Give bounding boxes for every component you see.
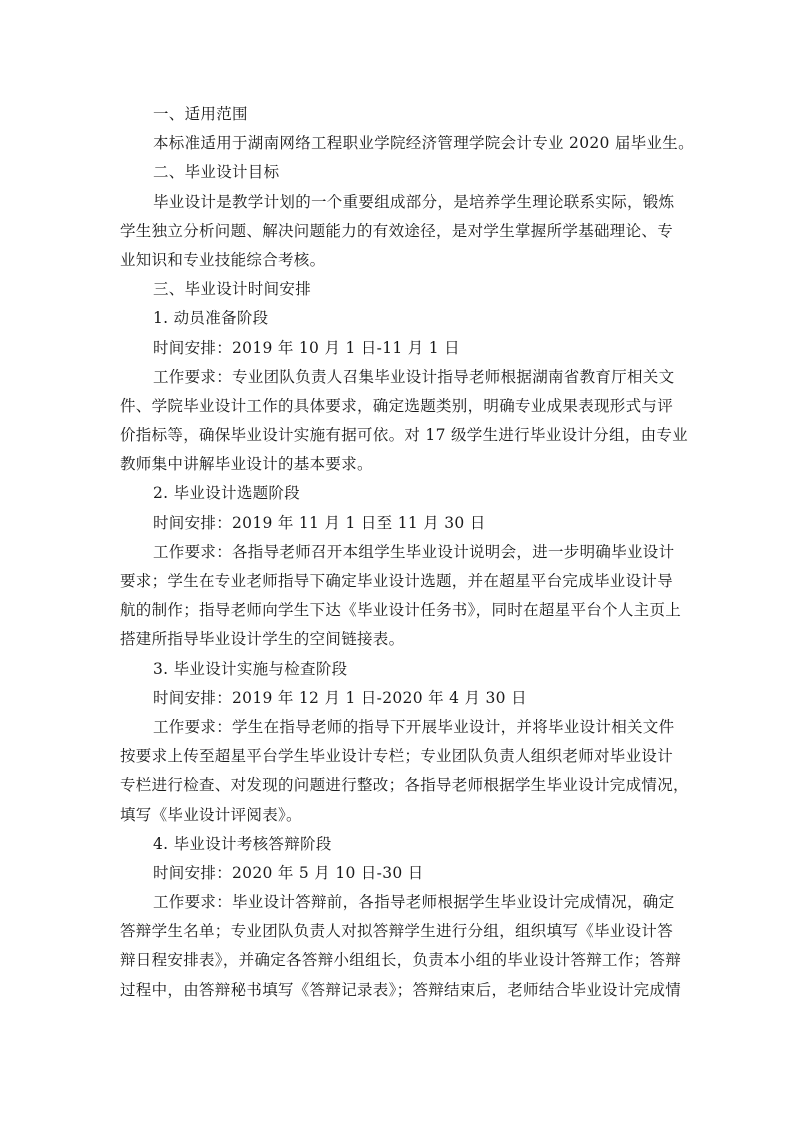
stage-requirement: 工作要求：学生在指导老师的指导下开展毕业设计，并将毕业设计相关文件 按要求上传至… (120, 713, 673, 830)
requirement-line: 过程中，由答辩秘书填写《答辩记录表》；答辩结束后，老师结合毕业设计完成情 (120, 976, 673, 1005)
stage-time: 时间安排：2019 年 10 月 1 日-11 月 1 日 (120, 334, 673, 363)
requirement-line: 工作要求：专业团队负责人召集毕业设计指导老师根据湖南省教育厅相关文 (120, 363, 673, 392)
requirement-line: 要求；学生在专业老师指导下确定毕业设计选题，并在超星平台完成毕业设计导 (120, 567, 673, 596)
stage-requirement: 工作要求：毕业设计答辩前，各指导老师根据学生毕业设计完成情况，确定 答辩学生名单… (120, 888, 673, 1005)
requirement-line: 辩日程安排表》，并确定各答辩小组组长，负责本小组的毕业设计答辩工作；答辩 (120, 946, 673, 975)
requirement-line: 搭建所指导毕业设计学生的空间链接表。 (120, 625, 673, 654)
document-page: 一、适用范围 本标准适用于湖南网络工程职业学院经济管理学院会计专业 2020 届… (120, 100, 673, 1005)
section-heading-goal: 二、毕业设计目标 (120, 158, 673, 187)
stage-requirement: 工作要求：各指导老师召开本组学生毕业设计说明会，进一步明确毕业设计 要求；学生在… (120, 538, 673, 655)
requirement-line: 工作要求：毕业设计答辩前，各指导老师根据学生毕业设计完成情况，确定 (120, 888, 673, 917)
section-heading-schedule: 三、毕业设计时间安排 (120, 275, 673, 304)
requirement-line: 工作要求：学生在指导老师的指导下开展毕业设计，并将毕业设计相关文件 (120, 713, 673, 742)
requirement-line: 按要求上传至超星平台学生毕业设计专栏；专业团队负责人组织老师对毕业设计 (120, 742, 673, 771)
goal-paragraph: 毕业设计是教学计划的一个重要组成部分，是培养学生理论联系实际，锻炼 学生独立分析… (120, 188, 673, 276)
stage-requirement: 工作要求：专业团队负责人召集毕业设计指导老师根据湖南省教育厅相关文 件、学院毕业… (120, 363, 673, 480)
stage-time: 时间安排：2020 年 5 月 10 日-30 日 (120, 859, 673, 888)
goal-line: 学生独立分析问题、解决问题能力的有效途径，是对学生掌握所学基础理论、专 (120, 217, 673, 246)
requirement-line: 专栏进行检查、对发现的问题进行整改；各指导老师根据学生毕业设计完成情况， (120, 771, 673, 800)
requirement-line: 价指标等，确保毕业设计实施有据可依。对 17 级学生进行毕业设计分组，由专业 (120, 421, 673, 450)
requirement-line: 填写《毕业设计评阅表》。 (120, 801, 673, 830)
requirement-line: 答辩学生名单；专业团队负责人对拟答辩学生进行分组，组织填写《毕业设计答 (120, 917, 673, 946)
scope-text: 本标准适用于湖南网络工程职业学院经济管理学院会计专业 2020 届毕业生。 (120, 129, 673, 158)
stage-title: 4. 毕业设计考核答辩阶段 (120, 830, 673, 859)
requirement-line: 件、学院毕业设计工作的具体要求，确定选题类别，明确专业成果表现形式与评 (120, 392, 673, 421)
stage-time: 时间安排：2019 年 12 月 1 日-2020 年 4 月 30 日 (120, 684, 673, 713)
requirement-line: 航的制作；指导老师向学生下达《毕业设计任务书》，同时在超星平台个人主页上 (120, 596, 673, 625)
section-heading-scope: 一、适用范围 (120, 100, 673, 129)
requirement-line: 工作要求：各指导老师召开本组学生毕业设计说明会，进一步明确毕业设计 (120, 538, 673, 567)
requirement-line: 教师集中讲解毕业设计的基本要求。 (120, 450, 673, 479)
stage-title: 3. 毕业设计实施与检查阶段 (120, 655, 673, 684)
goal-line: 毕业设计是教学计划的一个重要组成部分，是培养学生理论联系实际，锻炼 (120, 188, 673, 217)
stage-title: 1. 动员准备阶段 (120, 304, 673, 333)
goal-line: 业知识和专业技能综合考核。 (120, 246, 673, 275)
stage-time: 时间安排：2019 年 11 月 1 日至 11 月 30 日 (120, 509, 673, 538)
stage-title: 2. 毕业设计选题阶段 (120, 479, 673, 508)
